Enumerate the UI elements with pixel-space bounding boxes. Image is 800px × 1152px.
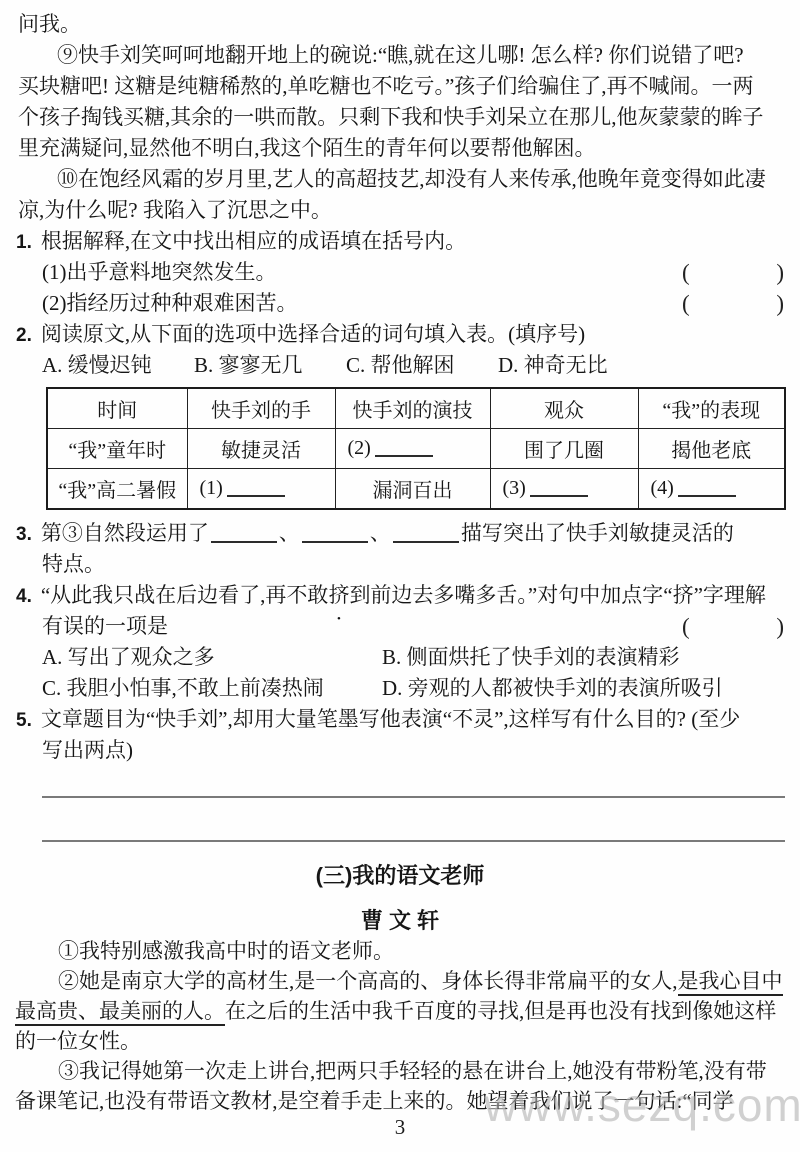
- passage1-paragraph9-line2: 买块糖吧! 这糖是纯糖稀熬的,单吃糖也不吃亏。”孩子们给骗住了,再不喊闹。一两: [18, 71, 800, 102]
- paren-open: (: [682, 611, 690, 642]
- question-2-table: 时间 快手刘的手 快手刘的演技 观众 “我”的表现 “我”童年时 敏捷灵活 (2…: [46, 387, 786, 510]
- passage2-paragraph2-line1: ②她是南京大学的高材生,是一个高高的、身体长得非常扁平的女人,是我心目中: [58, 966, 800, 996]
- passage2-author: 曹 文 轩: [0, 906, 800, 936]
- q2-option-b: B. 寥寥无几: [194, 350, 346, 381]
- answer-line: [42, 796, 785, 798]
- question-4-line2: 有误的一项是 (): [42, 611, 800, 642]
- table-cell: 围了几圈: [490, 429, 638, 469]
- q4-option-b: B. 侧面烘托了快手刘的表演精彩: [382, 642, 680, 673]
- q1-item2-text: (2)指经历过种种艰难困苦。: [42, 288, 298, 319]
- passage2-paragraph1: ①我特别感激我高中时的语文老师。: [58, 936, 800, 966]
- question-1-item-1: (1)出乎意料地突然发生。 (): [42, 257, 800, 288]
- question-4-options-cd: C. 我胆小怕事,不敢上前凑热闹D. 旁观的人都被快手刘的表演所吸引: [42, 673, 800, 704]
- passage2-title: (三)我的语文老师: [0, 860, 800, 891]
- q4-dotted-character: 挤: [328, 580, 349, 611]
- table-cell: 敏捷灵活: [187, 429, 335, 469]
- answer-line: [42, 840, 785, 842]
- paren-close: ): [776, 611, 784, 642]
- question-4-stem: 4.“从此我只战在后边看了,再不敢挤到前边去多嘴多舌。”对句中加点字“挤”字理解: [16, 580, 800, 611]
- passage2-paragraph3-line1: ③我记得她第一次走上讲台,把两只手轻轻的悬在讲台上,她没有带粉笔,没有带: [58, 1056, 800, 1086]
- paren-close: ): [776, 288, 784, 319]
- table-cell-blank-2: (2): [335, 429, 490, 469]
- table-header-row: 时间 快手刘的手 快手刘的演技 观众 “我”的表现: [47, 388, 785, 429]
- paren-open: (: [682, 288, 690, 319]
- q3-separator: 、: [370, 521, 391, 545]
- fill-blank: [302, 524, 368, 543]
- question-2-options: A. 缓慢迟钝B. 寥寥无几C. 帮他解困D. 神奇无比: [42, 350, 800, 381]
- p2-l2-normal: 在之后的生活中我千百度的寻找,但是再也没有找到像她这样: [225, 999, 776, 1023]
- p2-l1-underlined: 是我心目中: [678, 969, 783, 996]
- question-3-number: 3.: [16, 524, 32, 545]
- question-5-stem: 5.文章题目为“快手刘”,却用大量笔墨写他表演“不灵”,这样写有什么目的? (至…: [16, 704, 800, 735]
- answer-parentheses: (): [682, 257, 784, 288]
- q4-option-c: C. 我胆小怕事,不敢上前凑热闹: [42, 673, 382, 704]
- q1-item1-text: (1)出乎意料地突然发生。: [42, 257, 277, 288]
- question-5-number: 5.: [16, 710, 32, 731]
- q4-text-pre: “从此我只战在后边看了,再不敢: [41, 583, 329, 607]
- fill-blank: [375, 438, 433, 457]
- worksheet-page: 问我。 ⑨快手刘笑呵呵地翻开地上的碗说:“瞧,就在这儿哪! 怎么样? 你们说错了…: [0, 0, 800, 1152]
- q5-text-1: 文章题目为“快手刘”,却用大量笔墨写他表演“不灵”,这样写有什么目的? (至少: [41, 707, 740, 731]
- question-4-options-ab: A. 写出了观众之多B. 侧面烘托了快手刘的表演精彩: [42, 642, 800, 673]
- q4-option-d: D. 旁观的人都被快手刘的表演所吸引: [382, 673, 723, 704]
- page-number: 3: [0, 1115, 800, 1140]
- answer-parentheses: (): [682, 288, 784, 319]
- fill-blank: [393, 524, 459, 543]
- q3-text-1: 第③自然段运用了: [41, 521, 209, 545]
- question-4-number: 4.: [16, 586, 32, 607]
- q4-text-post: 到前边去多嘴多舌。”对句中加点字“挤”字理解: [349, 583, 765, 607]
- table-cell-blank-3: (3): [490, 469, 638, 510]
- question-1-item-2: (2)指经历过种种艰难困苦。 (): [42, 288, 800, 319]
- question-1-stem: 1.根据解释,在文中找出相应的成语填在括号内。: [16, 226, 800, 257]
- q2-option-c: C. 帮他解困: [346, 350, 498, 381]
- question-3-line2: 特点。: [42, 549, 800, 580]
- question-1-number: 1.: [16, 232, 32, 253]
- passage1-paragraph10-line1: ⑩在饱经风霜的岁月里,艺人的高超技艺,却没有人来传承,他晚年竟变得如此凄: [57, 164, 800, 195]
- fill-blank: [227, 478, 285, 497]
- q3-separator: 、: [279, 521, 300, 545]
- question-2-number: 2.: [16, 325, 32, 346]
- passage1-paragraph10-line2: 凉,为什么呢? 我陷入了沉思之中。: [18, 195, 800, 226]
- table-row: “我”高二暑假 (1) 漏洞百出 (3) (4): [47, 469, 785, 510]
- paren-open: (: [682, 257, 690, 288]
- table-row: “我”童年时 敏捷灵活 (2) 围了几圈 揭他老底: [47, 429, 785, 469]
- q2-option-d: D. 神奇无比: [498, 353, 608, 377]
- question-5-line2: 写出两点): [42, 735, 800, 766]
- table-cell: 揭他老底: [638, 429, 785, 469]
- table-header-cell: 快手刘的手: [187, 388, 335, 429]
- fill-blank: [211, 524, 277, 543]
- table-cell-blank-1: (1): [187, 469, 335, 510]
- question-1-text: 根据解释,在文中找出相应的成语填在括号内。: [41, 229, 466, 253]
- question-3-stem: 3.第③自然段运用了、、描写突出了快手刘敏捷灵活的: [16, 518, 800, 549]
- passage1-paragraph9-line1: ⑨快手刘笑呵呵地翻开地上的碗说:“瞧,就在这儿哪! 怎么样? 你们说错了吧?: [57, 40, 800, 71]
- passage1-paragraph8-tail: 问我。: [18, 9, 800, 40]
- q3-text-2: 描写突出了快手刘敏捷灵活的: [461, 521, 734, 545]
- table-header-cell: 时间: [47, 388, 187, 429]
- passage2-paragraph3-line2: 备课笔记,也没有带语文教材,是空着手走上来的。她望着我们说了一句话:“同学: [15, 1086, 800, 1116]
- table-header-cell: 快手刘的演技: [335, 388, 490, 429]
- table-cell: “我”童年时: [47, 429, 187, 469]
- question-2-stem: 2.阅读原文,从下面的选项中选择合适的词句填入表。(填序号): [16, 319, 800, 350]
- paren-close: ): [776, 257, 784, 288]
- p2-l1-normal: ②她是南京大学的高材生,是一个高高的、身体长得非常扁平的女人,: [58, 969, 678, 993]
- table-cell: 漏洞百出: [335, 469, 490, 510]
- q4-option-a: A. 写出了观众之多: [42, 642, 382, 673]
- question-2-text: 阅读原文,从下面的选项中选择合适的词句填入表。(填序号): [41, 322, 585, 346]
- passage2-paragraph2-line2: 最高贵、最美丽的人。在之后的生活中我千百度的寻找,但是再也没有找到像她这样: [15, 996, 800, 1026]
- p2-l2-underlined: 最高贵、最美丽的人。: [15, 999, 225, 1026]
- passage1-paragraph9-line3: 个孩子掏钱买糖,其余的一哄而散。只剩下我和快手刘呆立在那儿,他灰蒙蒙的眸子: [18, 102, 800, 133]
- passage2-paragraph2-line3: 的一位女性。: [15, 1026, 800, 1056]
- q2-option-a: A. 缓慢迟钝: [42, 350, 194, 381]
- passage1-paragraph9-line4: 里充满疑问,显然他不明白,我这个陌生的青年何以要帮他解困。: [18, 133, 800, 164]
- table-cell: “我”高二暑假: [47, 469, 187, 510]
- table-cell-blank-4: (4): [638, 469, 785, 510]
- fill-blank: [678, 478, 736, 497]
- q4-line2-text: 有误的一项是: [42, 611, 168, 642]
- fill-blank: [530, 478, 588, 497]
- table-header-cell: “我”的表现: [638, 388, 785, 429]
- answer-parentheses: (): [682, 611, 784, 642]
- table-header-cell: 观众: [490, 388, 638, 429]
